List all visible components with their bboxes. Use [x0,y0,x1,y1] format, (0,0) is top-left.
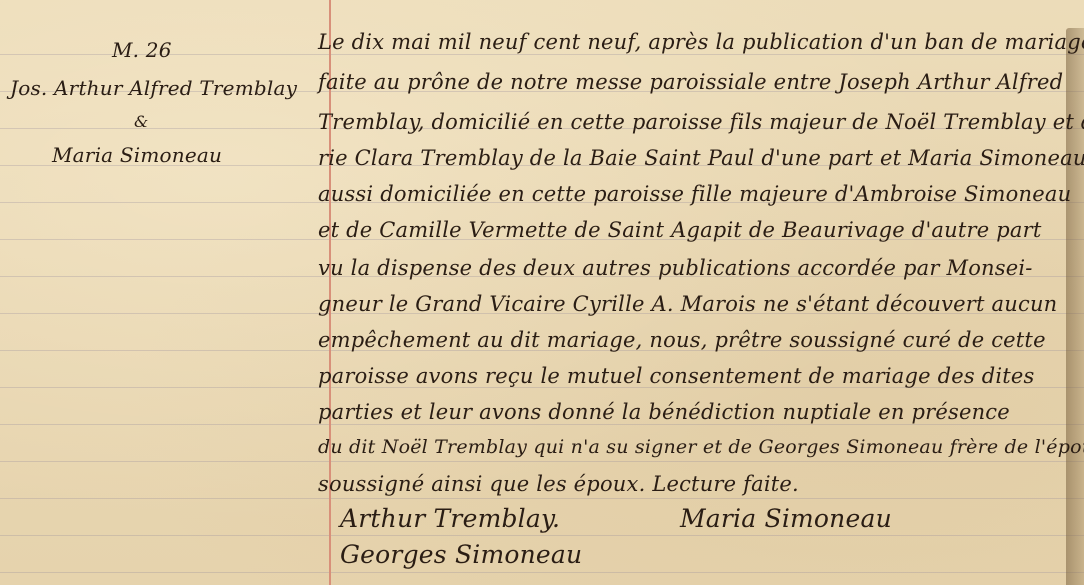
margin-ampersand: & [134,112,148,131]
ruled-line [0,572,1084,573]
body-line-13: soussigné ainsi que les époux. Lecture f… [318,472,799,496]
margin-bride-name: Maria Simoneau [52,143,222,167]
body-line-11: parties et leur avons donné la bénédicti… [318,400,1010,424]
ruled-line [0,461,1084,462]
body-line-5: aussi domiciliée en cette paroisse fille… [318,182,1071,206]
body-line-4: rie Clara Tremblay de la Baie Saint Paul… [318,146,1084,170]
ruled-line [0,498,1084,499]
signature-groom: Arthur Tremblay. [340,504,560,533]
entry-number: M. 26 [112,38,172,62]
body-line-1: Le dix mai mil neuf cent neuf, après la … [318,30,1084,54]
ruled-line [0,535,1084,536]
body-line-6: et de Camille Vermette de Saint Agapit d… [318,218,1042,242]
ruled-line [0,424,1084,425]
body-line-12: du dit Noël Tremblay qui n'a su signer e… [318,436,1084,458]
body-line-7: vu la dispense des deux autres publicati… [318,256,1033,280]
signature-bride: Maria Simoneau [680,504,892,533]
body-line-2: faite au prône de notre messe paroissial… [318,70,1063,94]
body-line-9: empêchement au dit mariage, nous, prêtre… [318,328,1046,352]
body-line-3: Tremblay, domicilié en cette paroisse fi… [318,110,1084,134]
body-line-8: gneur le Grand Vicaire Cyrille A. Marois… [318,292,1057,316]
margin-groom-name: Jos. Arthur Alfred Tremblay [10,76,297,100]
signature-witness: Georges Simoneau [340,540,582,569]
register-page: M. 26 Jos. Arthur Alfred Tremblay & Mari… [0,0,1084,585]
body-line-10: paroisse avons reçu le mutuel consenteme… [318,364,1035,388]
